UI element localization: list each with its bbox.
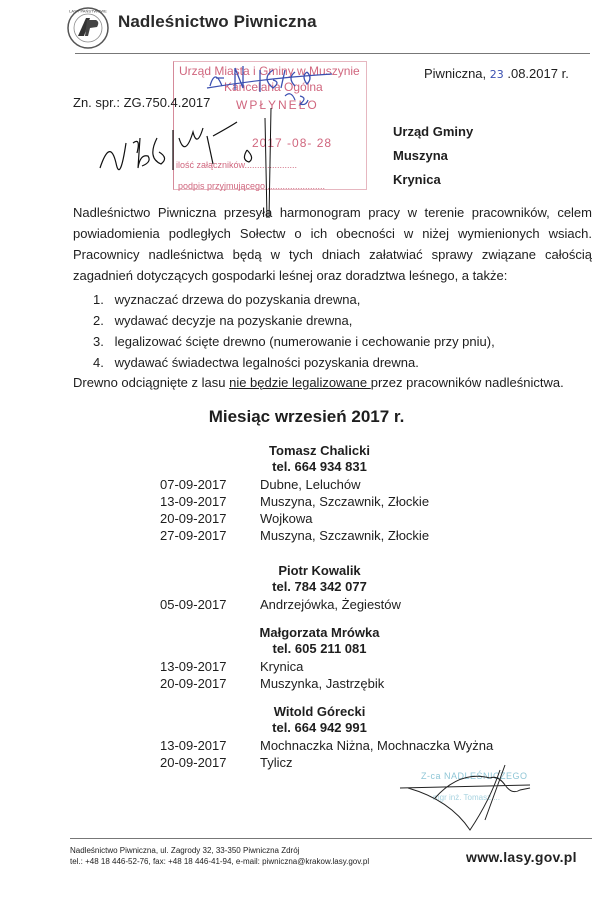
visit-date: 27-09-2017 — [160, 528, 227, 543]
footer-address: Nadleśnictwo Piwniczna, ul. Zagrody 32, … — [70, 845, 369, 867]
letter-date: Piwniczna, 23 .08.2017 r. — [424, 66, 569, 81]
website-link[interactable]: www.lasy.gov.pl — [466, 849, 577, 865]
visit-places: Muszynka, Jastrzębik — [260, 676, 384, 691]
worker-block: Piotr Kowaliktel. 784 342 07705-09-2017A… — [0, 563, 613, 614]
stamp-attachments: ilość załączników..................... — [176, 160, 297, 170]
task-item: 1. wyznaczać drzewa do pozyskania drewna… — [93, 289, 495, 310]
visit-row: 13-09-2017Muszyna, Szczawnik, Złockie — [0, 494, 613, 511]
handwritten-signature — [390, 760, 590, 840]
visit-date: 20-09-2017 — [160, 511, 227, 526]
organization-name: Nadleśnictwo Piwniczna — [118, 12, 317, 32]
worker-name: Witold Górecki — [0, 704, 613, 720]
stamp-date: 2017 -08- 28 — [252, 136, 332, 150]
visit-row: 07-09-2017Dubne, Leluchów — [0, 477, 613, 494]
visit-places: Wojkowa — [260, 511, 313, 526]
worker-phone: tel. 784 342 077 — [0, 579, 613, 595]
visit-date: 20-09-2017 — [160, 676, 227, 691]
addressee-line: Krynica — [393, 168, 473, 192]
worker-phone: tel. 664 934 831 — [0, 459, 613, 475]
task-item: 2. wydawać decyzje na pozyskanie drewna, — [93, 310, 495, 331]
worker-name: Małgorzata Mrówka — [0, 625, 613, 641]
stamp-signature-label: podpis przyjmującego....................… — [178, 181, 325, 191]
letter-body: Nadleśnictwo Piwniczna przesyła harmonog… — [73, 202, 592, 286]
task-item: 3. legalizować ścięte drewno (numerowani… — [93, 331, 495, 352]
visit-places: Dubne, Leluchów — [260, 477, 360, 492]
schedule-title: Miesiąc wrzesień 2017 r. — [0, 407, 613, 427]
stamp-department: Kancelaria Ogólna — [224, 80, 323, 94]
visit-date: 13-09-2017 — [160, 494, 227, 509]
worker-name: Piotr Kowalik — [0, 563, 613, 579]
visit-places: Andrzejówka, Żegiestów — [260, 597, 401, 612]
visit-row: 05-09-2017Andrzejówka, Żegiestów — [0, 597, 613, 614]
svg-text:LASY PAŃSTWOWE: LASY PAŃSTWOWE — [69, 9, 107, 14]
visit-date: 13-09-2017 — [160, 659, 227, 674]
addressee-line: Muszyna — [393, 144, 473, 168]
header-divider — [75, 53, 590, 54]
visit-places: Tylicz — [260, 755, 293, 770]
lasy-panstwowe-logo-icon: LASY PAŃSTWOWE — [66, 6, 110, 50]
task-item: 4. wydawać świadectwa legalności pozyska… — [93, 352, 495, 373]
underlined-emphasis: nie będzie legalizowane — [229, 375, 371, 390]
stamp-office: Urząd Miasta i Gminy w Muszynie — [179, 64, 360, 78]
visit-date: 07-09-2017 — [160, 477, 227, 492]
worker-block: Tomasz Chalickitel. 664 934 83107-09-201… — [0, 443, 613, 545]
addressee-line: Urząd Gminy — [393, 120, 473, 144]
visit-row: 20-09-2017Wojkowa — [0, 511, 613, 528]
visit-row: 27-09-2017Muszyna, Szczawnik, Złockie — [0, 528, 613, 545]
handwritten-day: 23 — [490, 68, 504, 81]
worker-phone: tel. 664 942 991 — [0, 720, 613, 736]
visit-places: Muszyna, Szczawnik, Złockie — [260, 494, 429, 509]
task-list: 1. wyznaczać drzewa do pozyskania drewna… — [93, 289, 495, 373]
worker-phone: tel. 605 211 081 — [0, 641, 613, 657]
visit-places: Krynica — [260, 659, 303, 674]
stamp-received: WPŁYNEŁO — [236, 98, 319, 112]
footer-divider — [70, 838, 592, 839]
visit-places: Mochnaczka Niżna, Mochnaczka Wyżna — [260, 738, 493, 753]
visit-date: 20-09-2017 — [160, 755, 227, 770]
visit-places: Muszyna, Szczawnik, Złockie — [260, 528, 429, 543]
worker-name: Tomasz Chalicki — [0, 443, 613, 459]
visit-date: 13-09-2017 — [160, 738, 227, 753]
reference-number: Zn. spr.: ZG.750.4.2017 — [73, 95, 210, 110]
receipt-stamp: Urząd Miasta i Gminy w Muszynie Kancelar… — [173, 61, 367, 190]
visit-row: 13-09-2017Mochnaczka Niżna, Mochnaczka W… — [0, 738, 613, 755]
intro-paragraph: Nadleśnictwo Piwniczna przesyła harmonog… — [73, 202, 592, 286]
visit-date: 05-09-2017 — [160, 597, 227, 612]
visit-row: 13-09-2017Krynica — [0, 659, 613, 676]
addressee-block: Urząd Gminy Muszyna Krynica — [393, 120, 473, 192]
worker-block: Małgorzata Mrówkatel. 605 211 08113-09-2… — [0, 625, 613, 693]
visit-row: 20-09-2017Muszynka, Jastrzębik — [0, 676, 613, 693]
closing-sentence: Drewno odciągnięte z lasu nie będzie leg… — [73, 375, 564, 390]
